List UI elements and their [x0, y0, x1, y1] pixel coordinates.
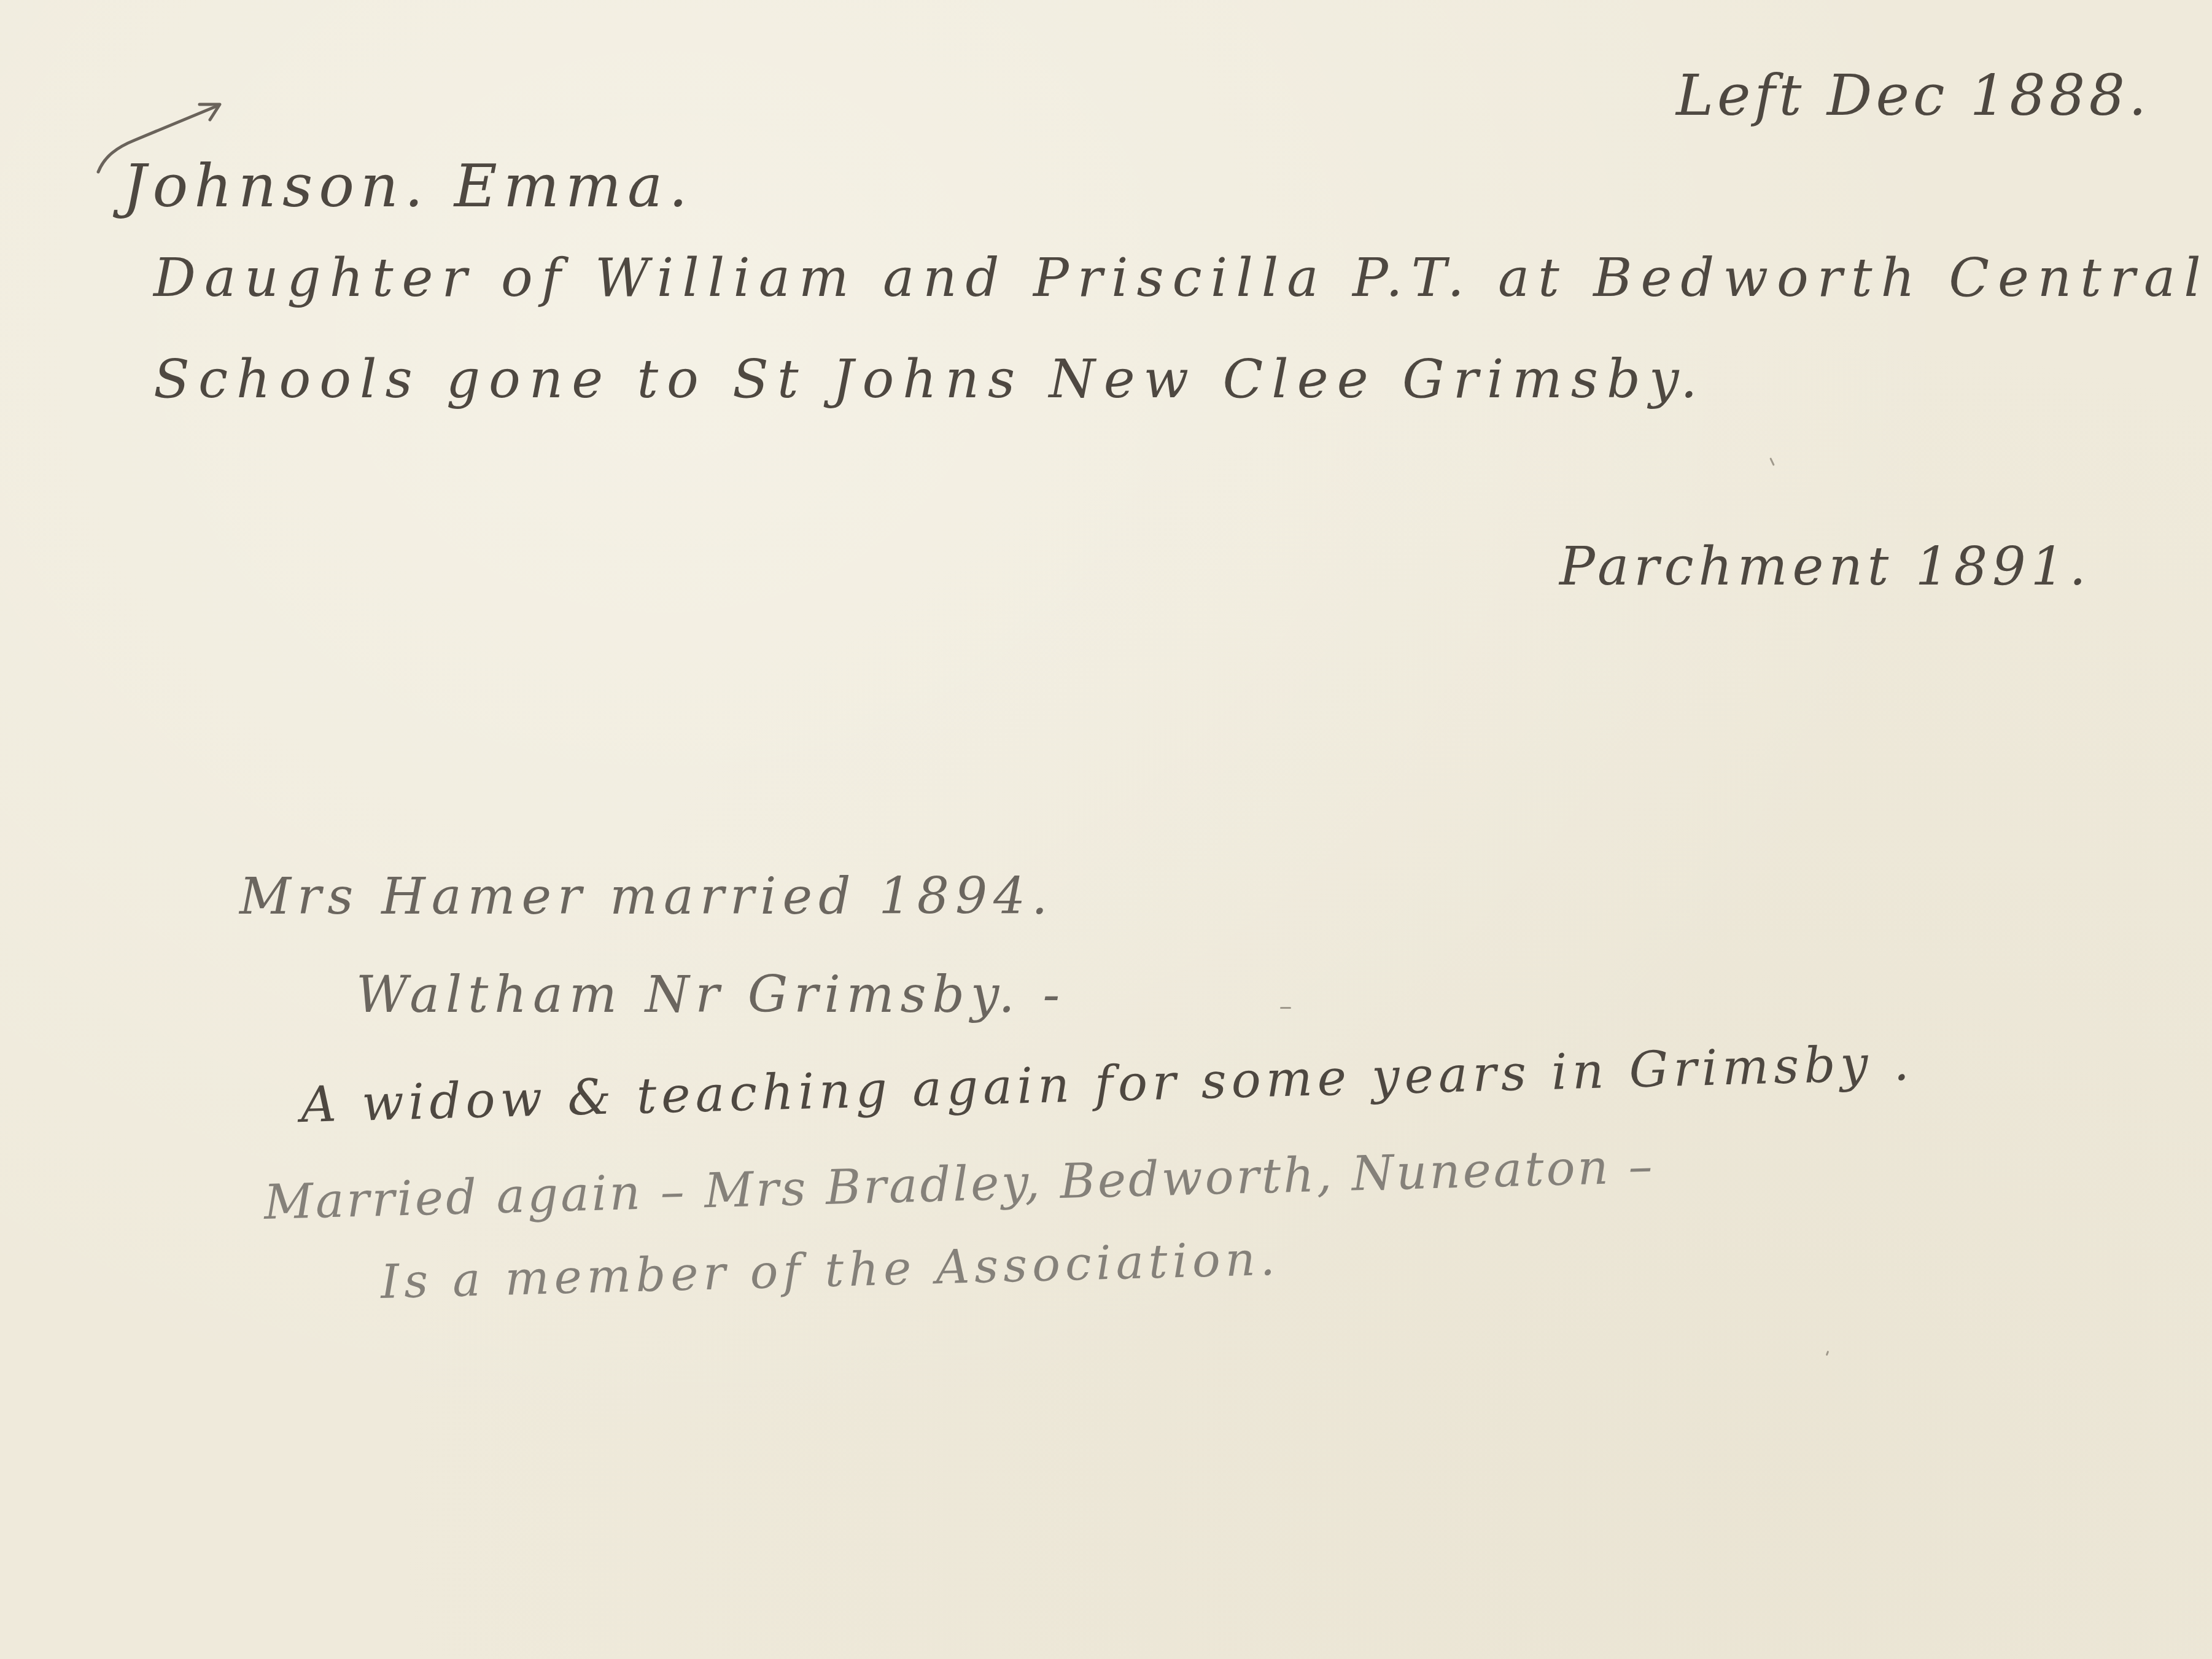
left-date-annotation: Left Dec 1888. [1676, 68, 2150, 124]
entry-details-line-1: Daughter of William and Priscilla P.T. a… [153, 252, 2210, 305]
document-page: Left Dec 1888. Johnson. Emma. Daughter o… [0, 0, 2212, 1659]
residence-note: Waltham Nr Grimsby. - [356, 970, 1066, 1020]
parchment-note: Parchment 1891. [1559, 540, 2091, 593]
membership-note: Is a member of the Association. [380, 1235, 1281, 1305]
ink-speck [1826, 1351, 1830, 1356]
entry-details-line-2: Schools gone to St Johns New Clee Grimsb… [153, 353, 1706, 406]
dash-mark [1280, 1007, 1291, 1009]
entry-name: Johnson. Emma. [123, 157, 694, 216]
widow-note: A widow & teaching again for some years … [300, 1038, 1915, 1130]
ink-speck [1769, 457, 1775, 466]
remarried-note: Married again – Mrs Bradley, Bedworth, N… [263, 1143, 1655, 1227]
married-note: Mrs Hamer married 1894. [239, 872, 1054, 922]
